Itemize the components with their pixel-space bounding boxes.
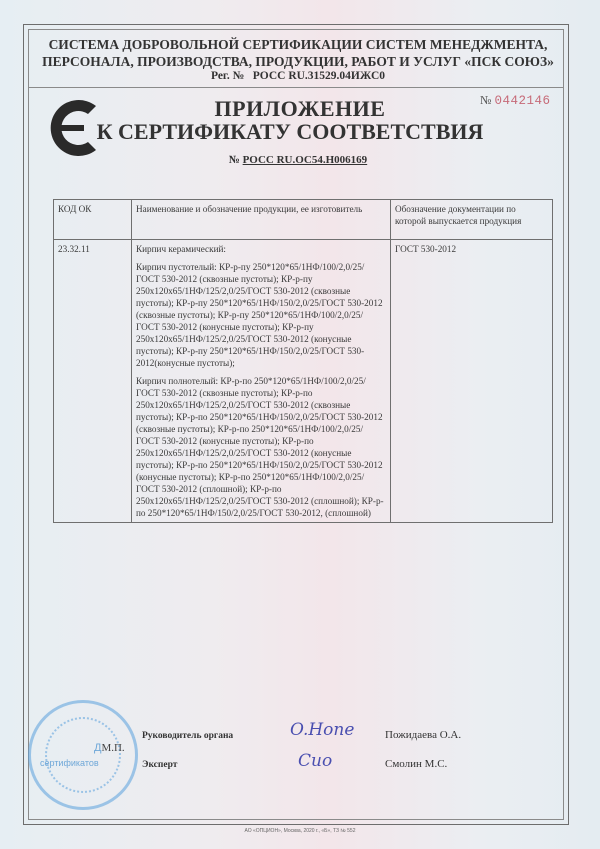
expert-name: Смолин М.С.: [385, 758, 447, 770]
product-title: Кирпич керамический:: [136, 243, 386, 255]
serial-label: №: [480, 93, 491, 107]
product-hollow-brick: Кирпич пустотелый: КР-р-пу 250*120*65/1Н…: [136, 261, 386, 369]
reg-label: Рег. №: [211, 70, 244, 82]
system-title-line2: ПЕРСОНАЛА, ПРОИЗВОДСТВА, ПРОДУКЦИИ, РАБО…: [30, 53, 566, 70]
header-standard: Обозначение документации по которой выпу…: [391, 200, 553, 240]
cell-standard: ГОСТ 530-2012: [391, 240, 553, 523]
stamp-text: сертификатов: [40, 758, 99, 768]
head-label: Руководитель органа: [142, 731, 233, 741]
cell-code: 23.32.11: [54, 240, 132, 523]
printer-footer: АО «ОПЦИОН», Москва, 2020 г., «Б», ТЗ № …: [0, 828, 600, 834]
official-stamp: [28, 700, 138, 810]
form-serial-number: № 0442146: [480, 93, 550, 108]
table-row: 23.32.11 Кирпич керамический: Кирпич пус…: [54, 240, 553, 523]
cert-value: РОСС RU.ОС54.Н006169: [243, 154, 368, 166]
document-subtitle: К СЕРТИФИКАТУ СООТВЕТСТВИЯ: [90, 119, 490, 145]
products-table: КОД ОК Наименование и обозначение продук…: [53, 199, 553, 523]
system-title-line1: СИСТЕМА ДОБРОВОЛЬНОЙ СЕРТИФИКАЦИИ СИСТЕМ…: [30, 36, 566, 53]
expert-label: Эксперт: [142, 760, 177, 770]
table-header-row: КОД ОК Наименование и обозначение продук…: [54, 200, 553, 240]
mp-label: М.П.: [101, 742, 124, 754]
certificate-number: № РОСС RU.ОС54.Н006169: [30, 154, 566, 166]
head-signature: O.Hone: [290, 720, 354, 740]
reg-value: РОСС RU.31529.04ИЖС0: [253, 70, 385, 82]
certification-system-title: СИСТЕМА ДОБРОВОЛЬНОЙ СЕРТИФИКАЦИИ СИСТЕМ…: [30, 36, 566, 70]
header-divider: [28, 87, 564, 88]
serial-value: 0442146: [494, 94, 550, 108]
cert-label: №: [229, 154, 240, 166]
product-solid-brick: Кирпич полнотелый: КР-р-по 250*120*65/1Н…: [136, 375, 386, 519]
head-name: Пожидаева О.А.: [385, 729, 461, 741]
header-code: КОД ОК: [54, 200, 132, 240]
expert-signature: Cuo: [298, 751, 332, 771]
registration-number: Рег. № РОСС RU.31529.04ИЖС0: [30, 70, 566, 82]
stamp-mark: ДМ.П.: [94, 742, 125, 754]
header-product: Наименование и обозначение продукции, ее…: [132, 200, 391, 240]
cell-product: Кирпич керамический: Кирпич пустотелый: …: [132, 240, 391, 523]
